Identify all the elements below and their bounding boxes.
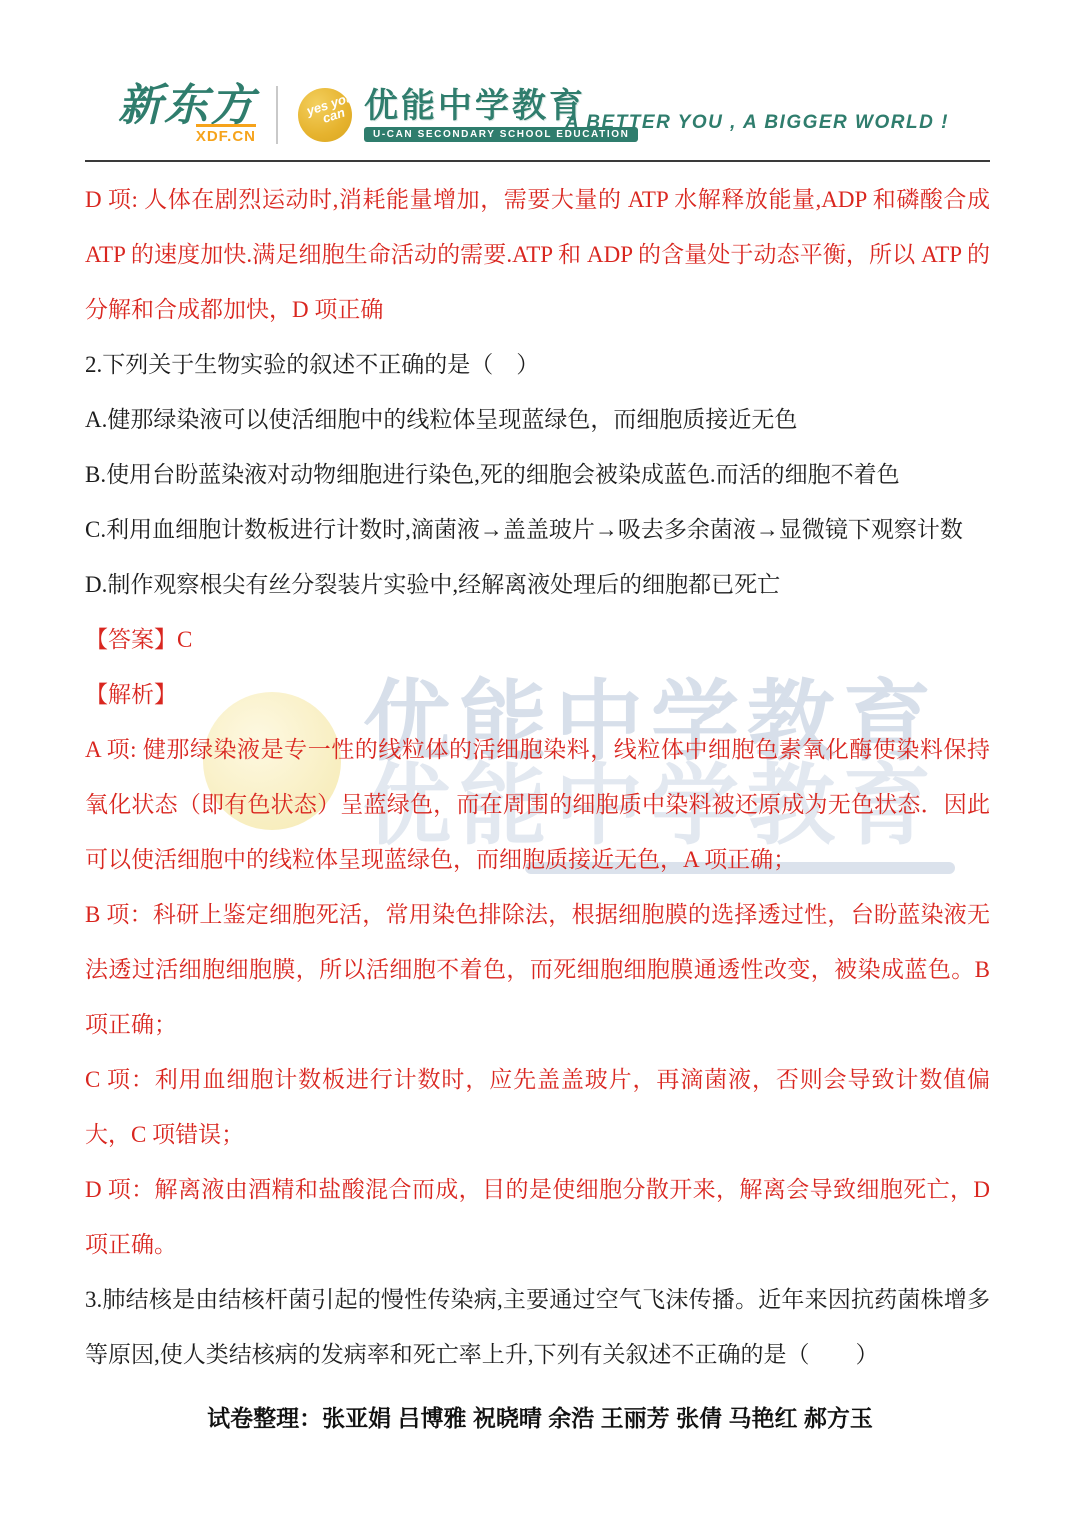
question-2-stem: 2.下列关于生物实验的叙述不正确的是（ ） <box>85 337 990 392</box>
ucan-badge-icon: yes you can <box>298 88 352 142</box>
question-2-option-a: A.健那绿染液可以使活细胞中的线粒体呈现蓝绿色，而细胞质接近无色 <box>85 392 990 447</box>
analysis-option-d: D 项：解离液由酒精和盐酸混合而成，目的是使细胞分散开来，解离会导致细胞死亡，D… <box>85 1162 990 1272</box>
question-2-option-d: D.制作观察根尖有丝分裂装片实验中,经解离液处理后的细胞都已死亡 <box>85 557 990 612</box>
brand-slogan: A BETTER YOU , A BIGGER WORLD ! <box>565 112 949 134</box>
xdf-logo-cn: 新东方 <box>118 84 256 128</box>
compilers-credit: 试卷整理：张亚娟 吕博雅 祝晓晴 余浩 王丽芳 张倩 马艳红 郝方玉 <box>0 1400 1080 1433</box>
ucan-badge-text: yes you can <box>300 89 352 130</box>
analysis-prev-d-paragraph: D 项: 人体在剧烈运动时,消耗能量增加，需要大量的 ATP 水解释放能量,AD… <box>85 172 990 337</box>
analysis-header: 【解析】 <box>85 667 990 722</box>
page-header: 新东方 XDF.CN yes you can 优能中学教育 U-CAN SECO… <box>118 84 638 145</box>
analysis-option-a: A 项: 健那绿染液是专一性的线粒体的活细胞染料，线粒体中细胞色素氧化酶使染料保… <box>85 722 990 887</box>
answer-line: 【答案】C <box>85 612 990 667</box>
question-2-option-b: B.使用台盼蓝染液对动物细胞进行染色,死的细胞会被染成蓝色.而活的细胞不着色 <box>85 447 990 502</box>
header-divider <box>276 86 278 144</box>
question-2-option-c: C.利用血细胞计数板进行计数时,滴菌液→盖盖玻片→吸去多余菌液→显微镜下观察计数 <box>85 502 990 557</box>
header-rule <box>85 160 990 162</box>
analysis-option-c: C 项：利用血细胞计数板进行计数时，应先盖盖玻片，再滴菌液，否则会导致计数值偏大… <box>85 1052 990 1162</box>
document-body: D 项: 人体在剧烈运动时,消耗能量增加，需要大量的 ATP 水解释放能量,AD… <box>85 172 990 1382</box>
xdf-logo: 新东方 XDF.CN <box>118 84 256 145</box>
question-3-stem: 3.肺结核是由结核杆菌引起的慢性传染病,主要通过空气飞沫传播。近年来因抗药菌株增… <box>85 1272 990 1382</box>
analysis-option-b: B 项：科研上鉴定细胞死活，常用染色排除法，根据细胞膜的选择透过性，台盼蓝染液无… <box>85 887 990 1052</box>
xdf-logo-domain: XDF.CN <box>196 124 256 145</box>
